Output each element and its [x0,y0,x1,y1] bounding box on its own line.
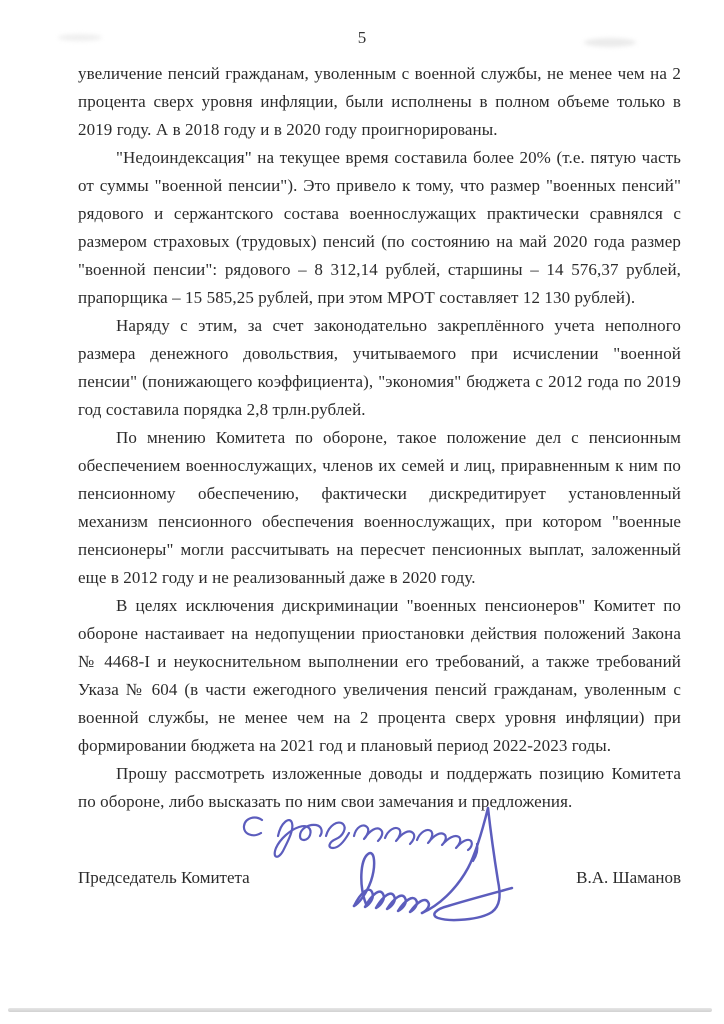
signer-title: Председатель Комитета [78,868,250,888]
page-number: 5 [0,28,724,48]
signer-name: В.А. Шаманов [576,868,681,888]
paragraph: "Недоиндексация" на текущее время состав… [78,144,681,312]
scan-edge-shadow [8,1008,712,1012]
paragraph: Наряду с этим, за счет законодательно за… [78,312,681,424]
document-body: увеличение пенсий гражданам, уволенным с… [78,60,681,816]
signature-block: Председатель Комитета В.А. Шаманов [78,868,681,888]
paragraph: В целях исключения дискриминации "военны… [78,592,681,760]
scanned-document-page: 5 увеличение пенсий гражданам, уволенным… [0,0,724,1024]
handwritten-signature [228,796,548,936]
paragraph-continuation: увеличение пенсий гражданам, уволенным с… [78,60,681,144]
paragraph: По мнению Комитета по обороне, такое пол… [78,424,681,592]
